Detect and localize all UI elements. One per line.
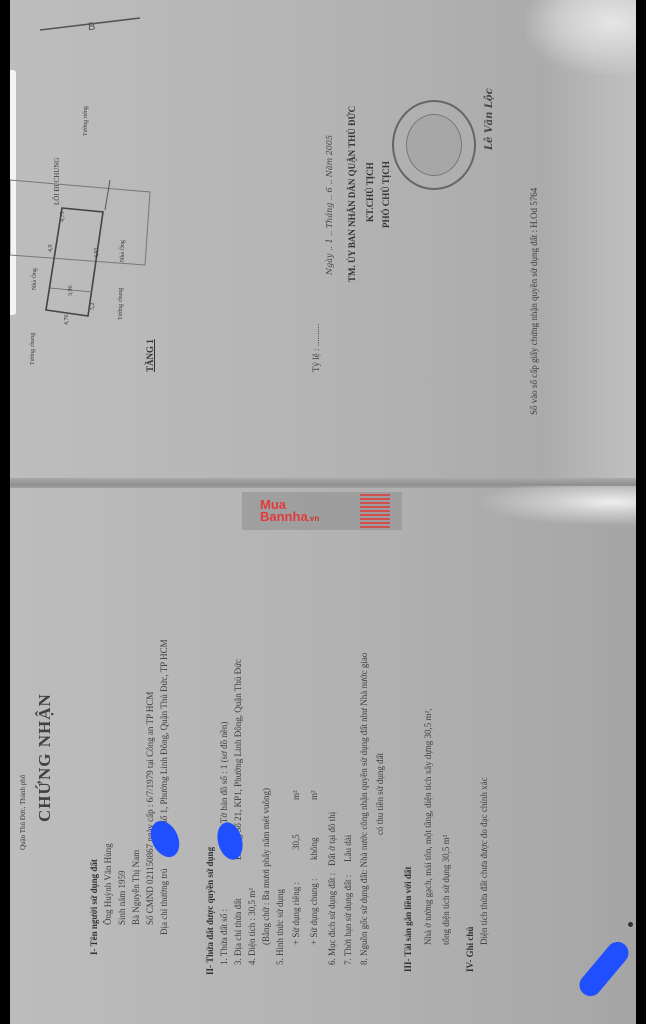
- parcel-address-label: 3. Địa chỉ thửa đất: [234, 898, 243, 965]
- dimension-label: 3,96: [68, 286, 74, 297]
- shared-use-unit: m²: [310, 790, 319, 800]
- section-3-heading: III- Tài sản gắn liền với đất: [404, 867, 413, 972]
- section-4-heading: IV- Ghi chú: [466, 927, 475, 972]
- spouse-line: Bà Nguyễn Thị Nam: [132, 850, 141, 925]
- road-label: LỐI ĐI CHUNG: [54, 158, 61, 205]
- building-icon: [360, 494, 390, 528]
- shared-use-value: không: [310, 838, 319, 861]
- neighbor-label: Tường chung: [30, 333, 36, 365]
- header-location: Quận Thủ Đức, Thành phố: [20, 775, 27, 850]
- id-line: Số CMND 021150867 ngày cấp : 6/7/1979 tạ…: [146, 692, 155, 925]
- signer-name: Lê Văn Lộc: [485, 88, 495, 150]
- dimension-label: 4,95: [94, 248, 100, 259]
- asset-line-1: Nhà ở tường gạch, mái tôn, một tầng, diệ…: [424, 709, 433, 945]
- land-purpose-label: 6. Mục đích sử dụng đất :: [328, 873, 337, 965]
- section-1-heading: I- Tên người sử dụng đất: [90, 859, 99, 955]
- section-2-heading: II- Thửa đất được quyền sử dụng: [206, 847, 215, 975]
- land-origin-note: có thu tiền sử dụng đất: [376, 753, 385, 835]
- asset-line-2: tổng diện tích sử dụng 30,5 m²: [442, 835, 451, 945]
- dimension-label: 4,9: [48, 245, 54, 253]
- dimension-label: 4,75: [60, 212, 66, 223]
- watermark-line2: Bannha: [260, 509, 308, 524]
- registry-number: Số vào sổ cấp giấy chứng nhận quyền sử d…: [530, 188, 539, 415]
- note-line-1: Diện tích thửa đất chưa được đo đạc chín…: [480, 777, 489, 945]
- light-glare: [526, 0, 636, 75]
- dust-speck: [628, 922, 633, 927]
- private-use-unit: m²: [292, 790, 301, 800]
- neighbor-label: Nhà Ông: [32, 268, 38, 290]
- parcel-number: 1. Thửa đất số :: [220, 909, 229, 965]
- signer-kt: KT.CHỦ TỊCH: [366, 162, 375, 222]
- owner-birth: Sinh năm 1959: [118, 870, 127, 925]
- issuing-authority: TM. ỦY BAN NHÂN DÂN QUẬN THỦ ĐỨC: [348, 106, 357, 282]
- watermark-logo: Mua Bannha.vn: [242, 492, 402, 530]
- map-sheet: 2. Tờ bản đồ số : 1 (sơ đồ nền): [220, 722, 229, 832]
- certificate-page-lower: [10, 488, 636, 1024]
- north-arrow-label: B: [88, 21, 95, 33]
- neighbor-label: Tường riêng: [83, 106, 89, 136]
- certificate-title: CHỨNG NHẬN: [36, 693, 53, 822]
- neighbor-label: Nhà Ông: [120, 240, 126, 262]
- document-photo: B LỐI ĐI CHUNG Nhà Ông Nhà Ông Tường chu…: [10, 0, 636, 1024]
- issue-date: Ngày .. 1 .. Tháng .. 6 .. Năm 2005: [326, 135, 334, 275]
- official-seal: [392, 100, 476, 190]
- land-origin: 8. Nguồn gốc sử dụng đất: Nhà nước công …: [360, 653, 369, 965]
- private-use-label: + Sử dụng riêng :: [292, 882, 301, 945]
- land-purpose-value: Đất ở tại đô thị: [328, 812, 337, 866]
- usage-form: 5. Hình thức sử dụng: [276, 889, 285, 965]
- owner-line: Ông Huỳnh Văn Hùng: [104, 843, 113, 925]
- private-use-value: 30,5: [292, 834, 301, 850]
- watermark-tld: .vn: [308, 514, 320, 523]
- shared-use-label: + Sử dụng chung :: [310, 879, 319, 945]
- signer-role: PHÓ CHỦ TỊCH: [382, 161, 391, 228]
- dimension-label: 4,76: [64, 315, 70, 326]
- land-term-value: Lâu dài: [344, 835, 353, 862]
- light-glare: [476, 486, 636, 526]
- land-term-label: 7. Thời hạn sử dụng đất :: [344, 875, 353, 965]
- dimension-label: 5,2: [90, 303, 96, 311]
- address-label: Địa chỉ thường trú: [160, 869, 169, 935]
- address-value: Tổ Phố 1, Phường Linh Đông, Quận Thủ Đức…: [160, 639, 169, 842]
- scale-label: Tỷ lệ : ..........: [312, 324, 321, 372]
- floor-label: TẦNG 1: [146, 339, 155, 372]
- area: 4. Diện tích : 30,5 m²: [248, 888, 257, 965]
- area-in-words: (Bằng chữ : Ba mươi phẩy năm mét vuông): [262, 788, 271, 945]
- neighbor-label: Tường chung: [118, 288, 124, 320]
